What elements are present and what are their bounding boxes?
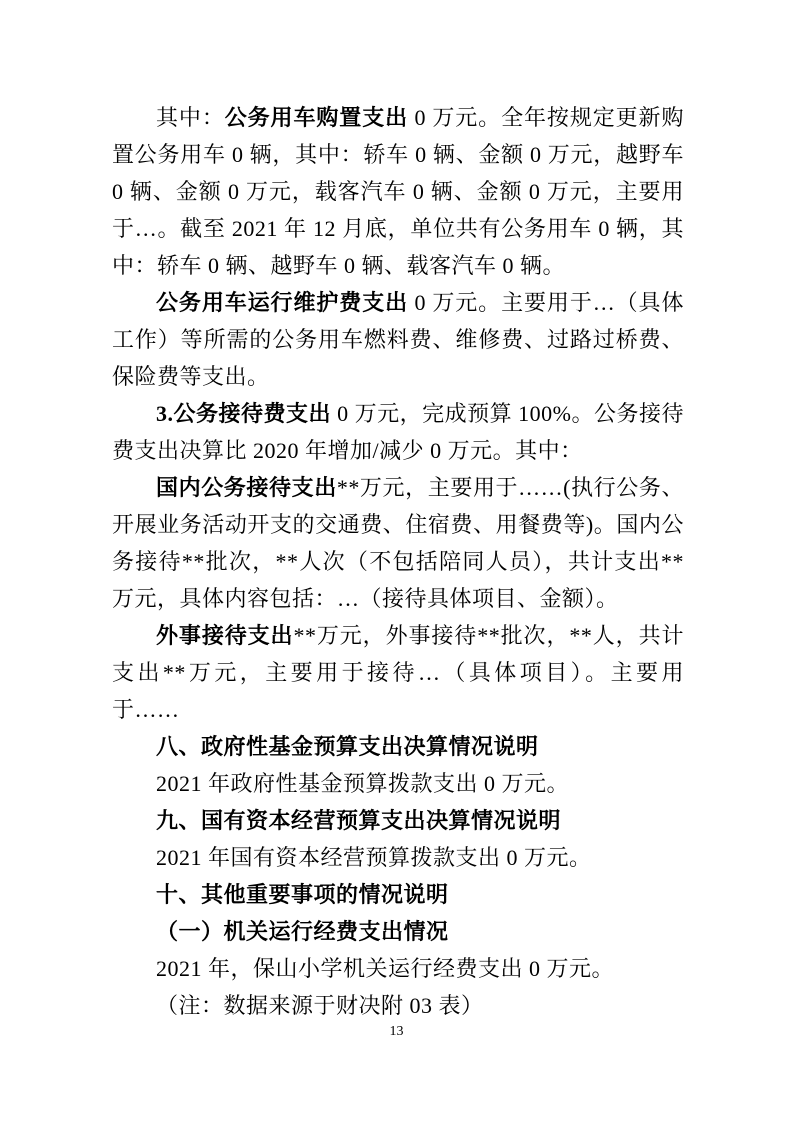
para-agency-operating-cost: 2021 年，保山小学机关运行经费支出 0 万元。 — [112, 950, 684, 987]
text-run-bold: 九、国有资本经营预算支出决算情况说明 — [156, 808, 561, 833]
para-domestic-reception: 国内公务接待支出**万元，主要用于……(执行公务、开展业务活动开支的交通费、住宿… — [112, 469, 684, 617]
text-run-bold: 3.公务接待费支出 — [156, 401, 331, 426]
text-run-bold: 十、其他重要事项的情况说明 — [156, 882, 449, 907]
document-body: 其中：公务用车购置支出 0 万元。全年按规定更新购置公务用车 0 辆，其中：轿车… — [112, 99, 684, 1024]
para-note-source: （注：数据来源于财决附 03 表） — [112, 987, 684, 1024]
para-vehicle-maintenance: 公务用车运行维护费支出 0 万元。主要用于…（具体工作）等所需的公务用车燃料费、… — [112, 284, 684, 395]
heading-section-8: 八、政府性基金预算支出决算情况说明 — [112, 728, 684, 765]
text-run: 2021 年国有资本经营预算拨款支出 0 万元。 — [156, 845, 592, 870]
heading-section-9: 九、国有资本经营预算支出决算情况说明 — [112, 802, 684, 839]
text-run: （注：数据来源于财决附 03 表） — [156, 993, 484, 1018]
text-run-bold: 国内公务接待支出 — [156, 475, 337, 500]
document-page: 其中：公务用车购置支出 0 万元。全年按规定更新购置公务用车 0 辆，其中：轿车… — [0, 0, 793, 1122]
subheading-agency-operating-cost: （一）机关运行经费支出情况 — [112, 913, 684, 950]
para-state-capital-expenditure: 2021 年国有资本经营预算拨款支出 0 万元。 — [112, 839, 684, 876]
para-govt-fund-expenditure: 2021 年政府性基金预算拨款支出 0 万元。 — [112, 765, 684, 802]
page-number: 13 — [0, 1022, 793, 1042]
text-run: 2021 年，保山小学机关运行经费支出 0 万元。 — [156, 956, 614, 981]
text-run-bold: 八、政府性基金预算支出决算情况说明 — [156, 734, 539, 759]
text-run: 0 万元。全年按规定更新购置公务用车 0 辆，其中：轿车 0 辆、金额 0 万元… — [112, 105, 684, 278]
para-official-vehicle-purchase: 其中：公务用车购置支出 0 万元。全年按规定更新购置公务用车 0 辆，其中：轿车… — [112, 99, 684, 284]
text-run: 其中： — [156, 105, 225, 130]
text-run: 2021 年政府性基金预算拨款支出 0 万元。 — [156, 771, 569, 796]
text-run-bold: 外事接待支出 — [156, 623, 293, 648]
text-run-bold: （一）机关运行经费支出情况 — [156, 919, 449, 944]
para-foreign-reception: 外事接待支出**万元，外事接待**批次，**人，共计支出**万元，主要用于接待…… — [112, 617, 684, 728]
para-official-reception-fee: 3.公务接待费支出 0 万元，完成预算 100%。公务接待费支出决算比 2020… — [112, 395, 684, 469]
text-run-bold: 公务用车运行维护费支出 — [156, 290, 408, 315]
text-run-bold: 公务用车购置支出 — [225, 105, 408, 130]
heading-section-10: 十、其他重要事项的情况说明 — [112, 876, 684, 913]
